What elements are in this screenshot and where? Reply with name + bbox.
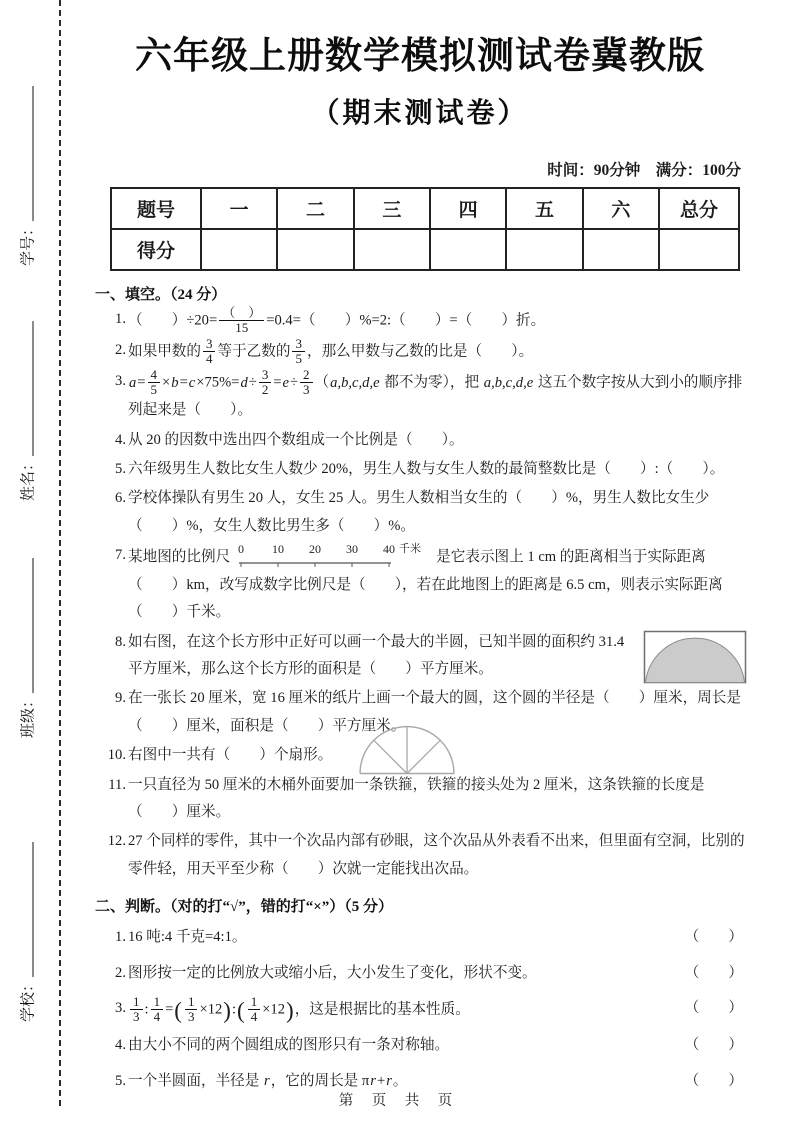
fraction: 13 <box>185 995 198 1023</box>
judge-answer-blank: （ ） <box>685 995 743 1022</box>
student-info-label: 学号： <box>21 221 37 266</box>
fraction: 34 <box>203 337 216 365</box>
question-list-1: 1.（ ）÷20=（ ）15=0.4=（ ）%=2:（ ）=（ ）折。2.如果甲… <box>95 306 745 883</box>
section-heading-2: 二、判断。（对的打“√”，错的打“×”）（5 分） <box>95 895 745 916</box>
question-text: ，这是根据比的基本性质。 <box>295 1002 470 1018</box>
math-variable: b <box>170 375 179 391</box>
time-and-score-meta: 时间：90分钟 满分：100分 <box>95 158 745 180</box>
fraction: 14 <box>248 995 261 1023</box>
question-item: 10.右图中一共有（ ）个扇形。 <box>95 742 745 769</box>
binding-dashed-line <box>59 0 61 1106</box>
big-parenthesis: ( <box>236 998 246 1023</box>
score-empty-cell <box>201 229 277 270</box>
question-item: 3.a=45×b=c×75%=d÷32=e÷23（a,b,c,d,e 都不为零）… <box>95 368 745 424</box>
svg-text:10: 10 <box>272 542 284 556</box>
map-scale-bar: 010203040千米 <box>233 542 433 570</box>
fraction: 23 <box>300 368 313 396</box>
question-number: 8. <box>101 629 126 656</box>
question-text: 某地图的比例尺 <box>128 549 230 565</box>
judge-answer-blank: （ ） <box>685 1032 743 1059</box>
question-text: ÷ <box>249 375 257 391</box>
paper-subtitle: （期末测试卷） <box>95 91 745 131</box>
score-table-corner-cell: 题号 <box>111 188 201 229</box>
math-variable: c <box>188 375 196 391</box>
question-text: 图形按一定的比例放大或缩小后，大小发生了变化，形状不变。 <box>128 965 537 981</box>
score-table-column-cell: 五 <box>506 188 582 229</box>
fraction-numerator: 2 <box>300 368 313 383</box>
exam-paper-page: 学号：姓名：班级：学校： 六年级上册数学模拟测试卷冀教版 （期末测试卷） 时间：… <box>0 0 793 1122</box>
question-text: ÷ <box>290 375 298 391</box>
question-item: 7.某地图的比例尺010203040千米是它表示图上 1 cm 的距离相当于实际… <box>95 542 745 626</box>
score-empty-cell <box>506 229 582 270</box>
question-text: 如右图，在这个长方形中正好可以画一个最大的半圆，已知半圆的面积约 31.4 平方… <box>128 634 624 677</box>
question-number: 11. <box>101 772 126 799</box>
fraction-numerator: 1 <box>130 995 143 1010</box>
question-text: =0.4=（ ）%=2:（ ）=（ ）折。 <box>266 313 545 329</box>
question-text: 16 吨:4 千克=4:1。 <box>128 929 247 945</box>
big-parenthesis: ( <box>173 998 183 1023</box>
question-text: 由大小不同的两个圆组成的图形只有一条对称轴。 <box>128 1037 449 1053</box>
score-table-column-cell: 六 <box>583 188 659 229</box>
student-info-blank-line <box>33 558 34 693</box>
question-item: 2.如果甲数的34等于乙数的35，那么甲数与乙数的比是（ ）。 <box>95 337 745 366</box>
fraction: 35 <box>292 337 305 365</box>
score-table-score-row: 得分 <box>111 229 739 270</box>
question-number: 1. <box>101 924 126 951</box>
fraction-denominator: 5 <box>292 352 305 366</box>
question-item: 4.从 20 的因数中选出四个数组成一个比例是（ ）。 <box>95 427 745 454</box>
question-text: （ <box>315 375 330 391</box>
fraction-denominator: 3 <box>185 1010 198 1024</box>
question-item: 8.如右图，在这个长方形中正好可以画一个最大的半圆，已知半圆的面积约 31.4 … <box>95 629 745 684</box>
fraction-numerator: 3 <box>203 337 216 352</box>
fraction-numerator: 1 <box>248 995 261 1010</box>
fraction: （ ）15 <box>219 306 264 334</box>
math-variable: a <box>128 375 137 391</box>
question-text: 右图中一共有（ ）个扇形。 <box>128 747 332 763</box>
score-empty-cell <box>659 229 739 270</box>
math-variable: e <box>282 375 290 391</box>
score-table-column-cell: 二 <box>277 188 353 229</box>
question-text: 从 20 的因数中选出四个数组成一个比例是（ ）。 <box>128 432 464 448</box>
question-sections: 一、填空。（24 分）1.（ ）÷20=（ ）15=0.4=（ ）%=2:（ ）… <box>95 283 745 1095</box>
question-item: 1.（ ）÷20=（ ）15=0.4=（ ）%=2:（ ）=（ ）折。 <box>95 306 745 335</box>
question-text: : <box>145 1002 149 1018</box>
question-text: + <box>377 1073 385 1089</box>
score-table-header-row: 题号一二三四五六总分 <box>111 188 739 229</box>
fraction-numerator: 1 <box>151 995 164 1010</box>
question-text: 。 <box>393 1073 408 1089</box>
sidebar-field-1: 学号： <box>17 86 38 266</box>
question-text: = <box>137 375 145 391</box>
question-item: 6.学校体操队有男生 20 人，女生 25 人。男生人数相当女生的（ ）%，男生… <box>95 485 745 540</box>
fraction-numerator: 1 <box>185 995 198 1010</box>
question-number: 2. <box>101 337 126 364</box>
question-number: 2. <box>101 960 126 987</box>
question-text: （ ）÷20= <box>128 313 217 329</box>
score-table-column-cell: 一 <box>201 188 277 229</box>
fraction: 13 <box>130 995 143 1023</box>
semicircle-in-rectangle-figure <box>643 630 747 684</box>
score-empty-cell <box>430 229 506 270</box>
question-text: ，那么甲数与乙数的比是（ ）。 <box>307 344 533 360</box>
question-text: ，它的周长是 π <box>271 1073 370 1089</box>
question-text: 六年级男生人数比女生人数少 20%，男生人数与女生人数的最简整数比是（ ）:（ … <box>128 461 724 477</box>
question-text: ×12 <box>262 1002 285 1018</box>
paper-title: 六年级上册数学模拟测试卷冀教版 <box>95 34 745 78</box>
math-variable: r <box>263 1073 271 1089</box>
big-parenthesis: ) <box>222 998 232 1023</box>
question-text: 如果甲数的 <box>128 344 201 360</box>
question-text: = <box>180 375 188 391</box>
sidebar-field-4: 学校： <box>17 842 38 1022</box>
question-text: 一只直径为 50 厘米的木桶外面要加一条铁箍，铁箍的接头处为 2 厘米，这条铁箍… <box>128 777 704 820</box>
question-text: ×12 <box>199 1002 222 1018</box>
fan-sectors-figure <box>357 723 457 776</box>
svg-text:0: 0 <box>238 542 244 556</box>
fraction-denominator: 4 <box>151 1010 164 1024</box>
question-item: 4.（ ）由大小不同的两个圆组成的图形只有一条对称轴。 <box>95 1032 745 1059</box>
question-item: 1.（ ）16 吨:4 千克=4:1。 <box>95 924 745 951</box>
fraction-denominator: 3 <box>300 383 313 397</box>
question-text: 一个半圆面，半径是 <box>128 1073 263 1089</box>
svg-text:40: 40 <box>383 542 395 556</box>
question-list-2: 1.（ ）16 吨:4 千克=4:1。2.（ ）图形按一定的比例放大或缩小后，大… <box>95 924 745 1095</box>
question-number: 10. <box>101 742 126 769</box>
section-heading-1: 一、填空。（24 分） <box>95 283 745 304</box>
paper-content: 六年级上册数学模拟测试卷冀教版 （期末测试卷） 时间：90分钟 满分：100分 … <box>95 0 745 1095</box>
question-number: 12. <box>101 828 126 855</box>
question-text: 都不为零），把 <box>381 375 483 391</box>
question-item: 3.（ ）13:14=(13×12):(14×12)，这是根据比的基本性质。 <box>95 995 745 1024</box>
question-number: 3. <box>101 368 126 395</box>
question-text: 学校体操队有男生 20 人，女生 25 人。男生人数相当女生的（ ）%，男生人数… <box>128 490 709 533</box>
fraction-denominator: 4 <box>248 1010 261 1024</box>
question-item: 5.六年级男生人数比女生人数少 20%，男生人数与女生人数的最简整数比是（ ）:… <box>95 456 745 483</box>
question-number: 6. <box>101 485 126 512</box>
svg-text:20: 20 <box>309 542 321 556</box>
fraction-numerator: 4 <box>148 368 161 383</box>
svg-text:千米: 千米 <box>399 542 421 555</box>
fraction: 32 <box>259 368 272 396</box>
score-empty-cell <box>277 229 353 270</box>
score-table-column-cell: 总分 <box>659 188 739 229</box>
fraction-denominator: 2 <box>259 383 272 397</box>
fraction-denominator: 15 <box>219 321 264 335</box>
student-info-label: 姓名： <box>21 456 37 501</box>
question-text: = <box>273 375 281 391</box>
question-item: 2.（ ）图形按一定的比例放大或缩小后，大小发生了变化，形状不变。 <box>95 960 745 987</box>
question-number: 1. <box>101 306 126 333</box>
fraction-numerator: 3 <box>292 337 305 352</box>
fraction-numerator: （ ） <box>219 306 264 321</box>
sidebar-field-2: 姓名： <box>17 321 38 501</box>
big-parenthesis: ) <box>285 998 295 1023</box>
page-footer: 第 页 共 页 <box>0 1089 793 1110</box>
svg-text:30: 30 <box>346 542 358 556</box>
math-variable: a,b,c,d,e <box>483 375 534 391</box>
math-variable: a,b,c,d,e <box>329 375 380 391</box>
student-info-blank-line <box>33 321 34 456</box>
score-empty-cell <box>583 229 659 270</box>
question-text: ×75%= <box>196 375 239 391</box>
question-text: 等于乙数的 <box>217 344 290 360</box>
student-info-blank-line <box>33 86 34 221</box>
fraction: 45 <box>148 368 161 396</box>
sidebar-field-3: 班级： <box>17 558 38 738</box>
question-number: 7. <box>101 542 126 569</box>
fraction-numerator: 3 <box>259 368 272 383</box>
score-row-label-cell: 得分 <box>111 229 201 270</box>
question-item: 11.一只直径为 50 厘米的木桶外面要加一条铁箍，铁箍的接头处为 2 厘米，这… <box>95 772 745 827</box>
question-number: 4. <box>101 427 126 454</box>
math-variable: d <box>240 375 249 391</box>
math-variable: r <box>369 1073 377 1089</box>
fraction: 14 <box>151 995 164 1023</box>
student-info-label: 班级： <box>21 693 37 738</box>
question-text: 27 个同样的零件，其中一个次品内部有砂眼，这个次品从外表看不出来，但里面有空洞… <box>128 833 745 876</box>
student-info-label: 学校： <box>21 977 37 1022</box>
student-info-blank-line <box>33 842 34 977</box>
question-number: 5. <box>101 456 126 483</box>
judge-answer-blank: （ ） <box>685 960 743 987</box>
judge-answer-blank: （ ） <box>685 924 743 951</box>
question-number: 3. <box>101 995 126 1022</box>
question-number: 4. <box>101 1032 126 1059</box>
score-table-column-cell: 四 <box>430 188 506 229</box>
fraction-denominator: 4 <box>203 352 216 366</box>
math-variable: r <box>385 1073 393 1089</box>
question-item: 12.27 个同样的零件，其中一个次品内部有砂眼，这个次品从外表看不出来，但里面… <box>95 828 745 883</box>
score-table: 题号一二三四五六总分得分 <box>110 187 740 271</box>
score-table-column-cell: 三 <box>354 188 430 229</box>
fraction-denominator: 3 <box>130 1010 143 1024</box>
fraction-denominator: 5 <box>148 383 161 397</box>
score-empty-cell <box>354 229 430 270</box>
question-number: 9. <box>101 685 126 712</box>
